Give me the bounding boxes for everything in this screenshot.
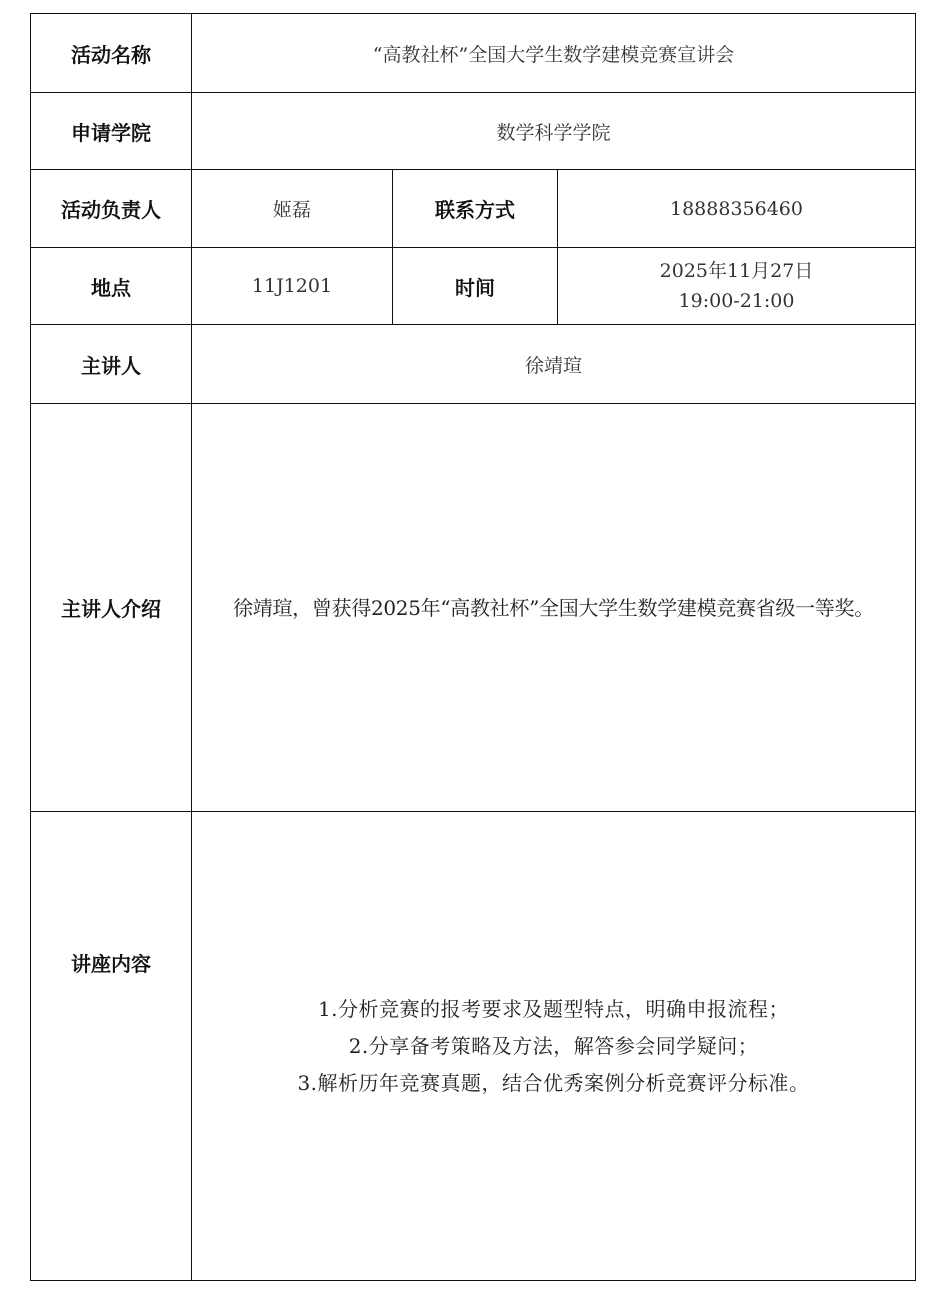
row-organizer: 活动负责人 姬磊 联系方式 18888356460 — [31, 170, 916, 248]
location-value-cell: 11J1201 — [192, 248, 393, 325]
speaker-value-cell: 徐靖瑄 — [192, 325, 916, 404]
lecture-item: 1.分析竞赛的报考要求及题型特点，明确申报流程； — [192, 991, 915, 1028]
speaker-label-cell: 主讲人 — [31, 325, 192, 404]
time-range: 19:00-21:00 — [558, 286, 915, 316]
organizer-label-cell: 活动负责人 — [31, 170, 192, 248]
speaker-label: 主讲人 — [81, 354, 141, 378]
speaker-intro-text: 徐靖瑄，曾获得2025年“高教社杯”全国大学生数学建模竞赛省级一等奖。 — [233, 596, 874, 620]
college-label-cell: 申请学院 — [31, 93, 192, 170]
row-speaker: 主讲人 徐靖瑄 — [31, 325, 916, 404]
location-label-cell: 地点 — [31, 248, 192, 325]
row-speaker-intro: 主讲人介绍 徐靖瑄，曾获得2025年“高教社杯”全国大学生数学建模竞赛省级一等奖… — [31, 404, 916, 812]
organizer-value: 姬磊 — [273, 199, 311, 221]
organizer-label: 活动负责人 — [61, 198, 161, 222]
lecture-content-label-cell: 讲座内容 — [31, 812, 192, 1281]
lecture-item: 2.分享备考策略及方法，解答参会同学疑问； — [192, 1028, 915, 1065]
time-label-cell: 时间 — [393, 248, 558, 325]
lecture-content-value-cell: 1.分析竞赛的报考要求及题型特点，明确申报流程； 2.分享备考策略及方法，解答参… — [192, 812, 916, 1281]
contact-value: 18888356460 — [670, 198, 803, 220]
contact-label-cell: 联系方式 — [393, 170, 558, 248]
location-label: 地点 — [91, 276, 131, 300]
time-label: 时间 — [455, 276, 495, 300]
location-value: 11J1201 — [252, 275, 332, 297]
activity-name-label: 活动名称 — [71, 43, 151, 67]
contact-label: 联系方式 — [435, 198, 515, 222]
college-value: 数学科学学院 — [496, 122, 610, 144]
activity-name-value: “高教社杯”全国大学生数学建模竞赛宣讲会 — [373, 44, 734, 66]
row-lecture-content: 讲座内容 1.分析竞赛的报考要求及题型特点，明确申报流程； 2.分享备考策略及方… — [31, 812, 916, 1281]
row-location-time: 地点 11J1201 时间 2025年11月27日 19:00-21:00 — [31, 248, 916, 325]
row-college: 申请学院 数学科学学院 — [31, 93, 916, 170]
speaker-value: 徐靖瑄 — [525, 355, 582, 377]
activity-name-value-cell: “高教社杯”全国大学生数学建模竞赛宣讲会 — [192, 14, 916, 93]
activity-name-label-cell: 活动名称 — [31, 14, 192, 93]
organizer-value-cell: 姬磊 — [192, 170, 393, 248]
lecture-content-label: 讲座内容 — [31, 948, 191, 977]
speaker-intro-label-cell: 主讲人介绍 — [31, 404, 192, 812]
time-date: 2025年11月27日 — [558, 256, 915, 286]
contact-value-cell: 18888356460 — [558, 170, 916, 248]
speaker-intro-label: 主讲人介绍 — [61, 597, 161, 621]
row-activity-name: 活动名称 “高教社杯”全国大学生数学建模竞赛宣讲会 — [31, 14, 916, 93]
college-value-cell: 数学科学学院 — [192, 93, 916, 170]
college-label: 申请学院 — [71, 121, 151, 145]
lecture-item: 3.解析历年竞赛真题，结合优秀案例分析竞赛评分标准。 — [192, 1065, 915, 1102]
activity-application-form: 活动名称 “高教社杯”全国大学生数学建模竞赛宣讲会 申请学院 数学科学学院 活动… — [30, 13, 916, 1281]
speaker-intro-value-cell: 徐靖瑄，曾获得2025年“高教社杯”全国大学生数学建模竞赛省级一等奖。 — [192, 404, 916, 812]
time-value-cell: 2025年11月27日 19:00-21:00 — [558, 248, 916, 325]
